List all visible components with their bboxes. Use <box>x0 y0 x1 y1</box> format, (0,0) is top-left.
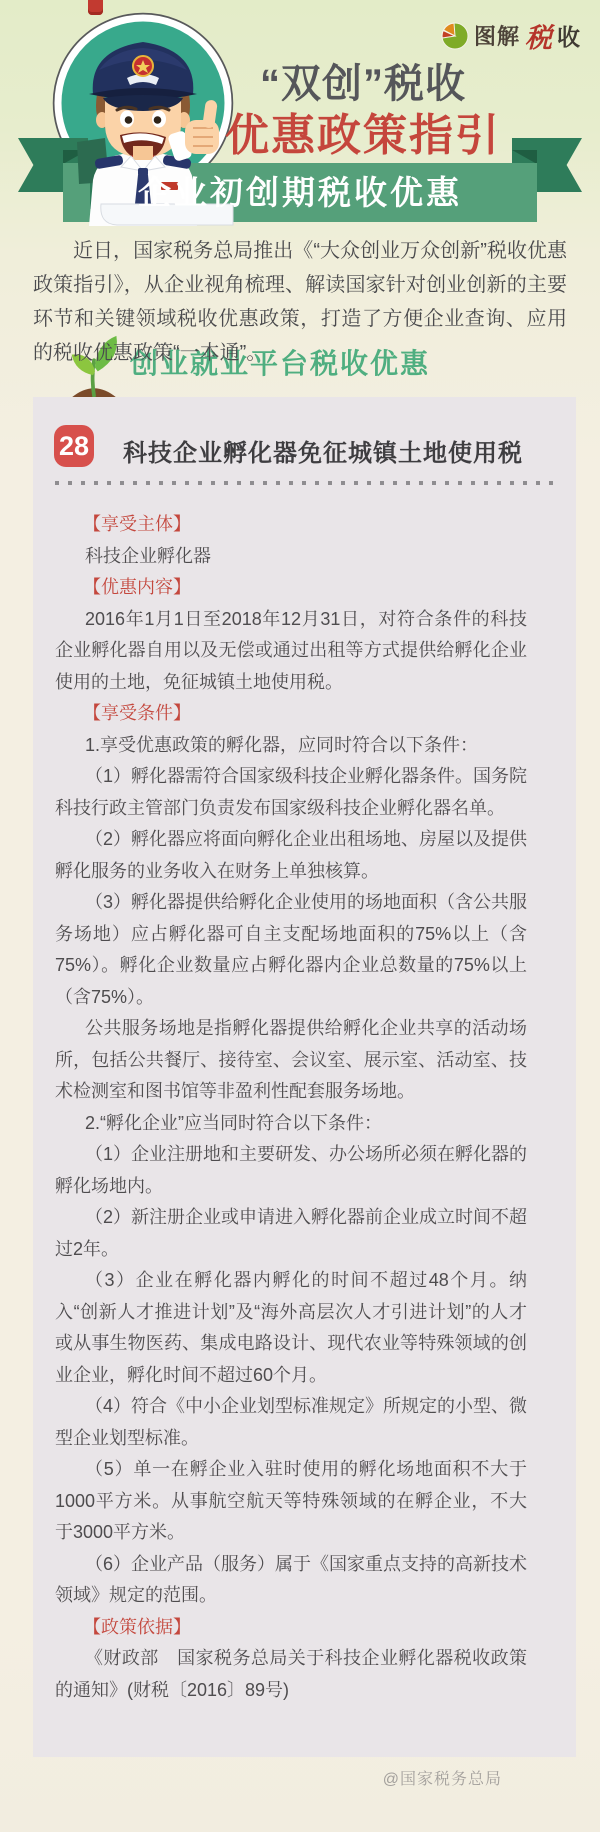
page-title-line2: 优惠政策指引 <box>198 99 528 163</box>
card-section-heading: 【享受主体】 <box>83 509 527 541</box>
card-paragraph: （4）符合《中小企业划型标准规定》所规定的小型、微型企业划型标准。 <box>55 1391 527 1454</box>
card-section-heading: 【政策依据】 <box>83 1612 527 1644</box>
card-paragraph: （2）新注册企业或申请进入孵化器前企业成立时间不超过2年。 <box>55 1202 527 1265</box>
card-paragraph: 1.享受优惠政策的孵化器，应同时符合以下条件： <box>55 730 527 762</box>
card-paragraph: （1）企业注册地和主要研发、办公场所必须在孵化器的孵化场地内。 <box>55 1139 527 1202</box>
dotted-divider <box>55 481 557 485</box>
card-number-badge: 28 <box>54 425 94 467</box>
card-paragraph: 公共服务场地是指孵化器提供给孵化企业共享的活动场所，包括公共餐厅、接待室、会议室… <box>55 1013 527 1108</box>
logo-text-highlight: 税 <box>525 16 552 55</box>
card-paragraph: 2016年1月1日至2018年12月31日，对符合条件的科技企业孵化器自用以及无… <box>55 604 527 699</box>
banner-title: 企业初创期税收优惠 <box>63 163 537 222</box>
card-paragraph: 科技企业孵化器 <box>55 541 527 573</box>
emblem-icon <box>88 0 103 15</box>
credit-watermark: @国家税务总局 <box>383 1766 502 1789</box>
card-paragraph: （2）孵化器应将面向孵化企业出租场地、房屋以及提供孵化服务的业务收入在财务上单独… <box>55 824 527 887</box>
logo-text-suffix: 收 <box>557 19 580 52</box>
card-body: 【享受主体】科技企业孵化器【优惠内容】2016年1月1日至2018年12月31日… <box>55 509 527 1706</box>
pie-chart-icon <box>440 21 470 51</box>
card-paragraph: （5）单一在孵企业入驻时使用的孵化场地面积不大于1000平方米。从事航空航天等特… <box>55 1454 527 1549</box>
card-section-heading: 【享受条件】 <box>83 698 527 730</box>
infographic-page: 图解税收 <box>0 0 600 1832</box>
card-paragraph: （3）企业在孵化器内孵化的时间不超过48个月。纳入“创新人才推进计划”及“海外高… <box>55 1265 527 1391</box>
card-paragraph: （6）企业产品（服务）属于《国家重点支持的高新技术领域》规定的范围。 <box>55 1549 527 1612</box>
logo-text-prefix: 图解 <box>474 20 520 51</box>
card-title: 科技企业孵化器免征城镇土地使用税 <box>123 433 523 468</box>
card-paragraph: （3）孵化器提供给孵化企业使用的场地面积（含公共服务场地）应占孵化器可自主支配场… <box>55 887 527 1013</box>
card-paragraph: 《财政部 国家税务总局关于科技企业孵化器税收政策的通知》(财税〔2016〕89号… <box>55 1643 527 1706</box>
intro-paragraph: 近日，国家税务总局推出《“大众创业万众创新”税收优惠政策指引》，从企业视角梳理、… <box>33 234 567 370</box>
card-paragraph: 2.“孵化企业”应当同时符合以下条件： <box>55 1108 527 1140</box>
brand-logo: 图解税收 <box>440 16 580 55</box>
card-paragraph: （1）孵化器需符合国家级科技企业孵化器条件。国务院科技行政主管部门负责发布国家级… <box>55 761 527 824</box>
policy-card: 28 科技企业孵化器免征城镇土地使用税 【享受主体】科技企业孵化器【优惠内容】2… <box>33 397 576 1757</box>
card-section-heading: 【优惠内容】 <box>83 572 527 604</box>
